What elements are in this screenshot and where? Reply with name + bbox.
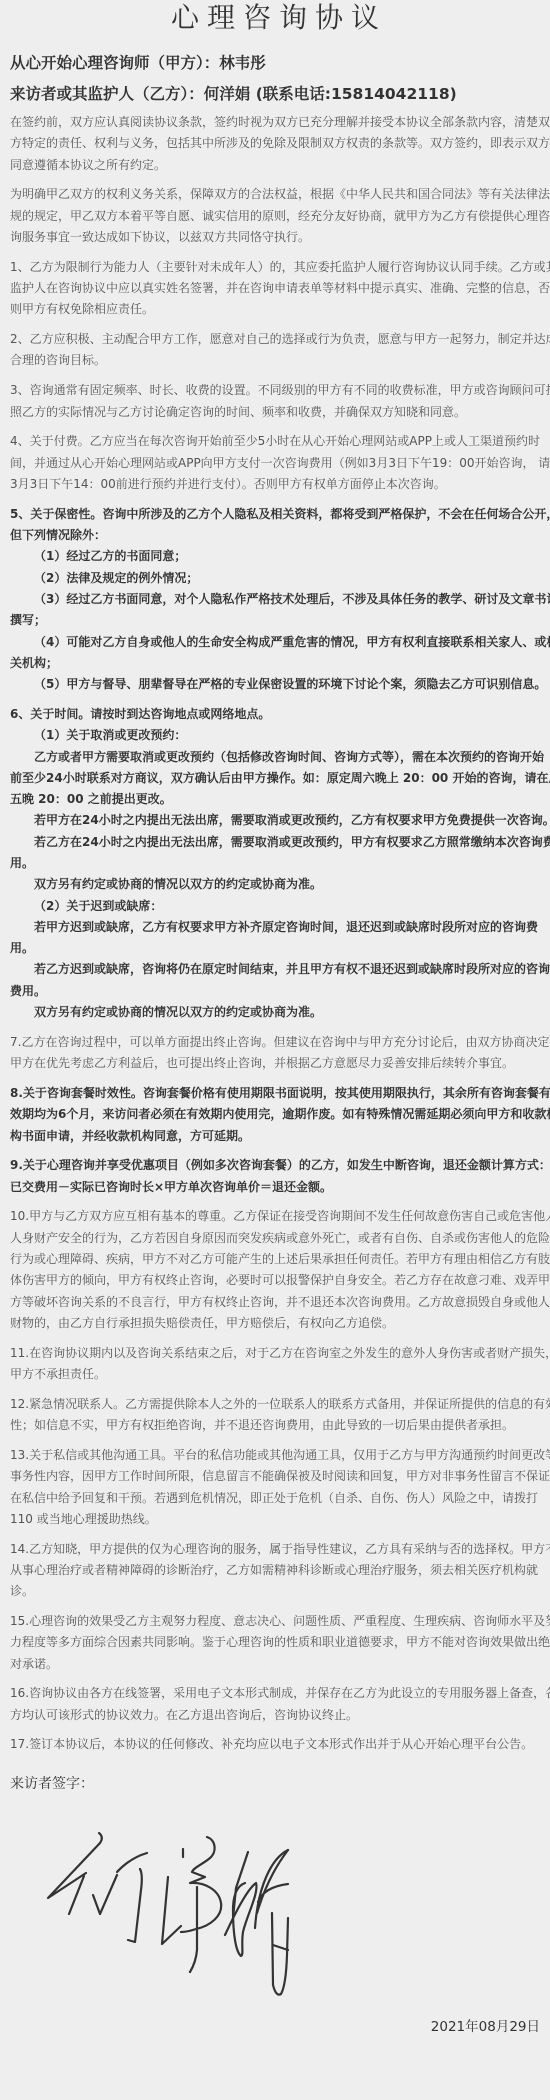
preamble-paragraph-2: 为明确甲乙双方的权利义务关系，保障双方的合法权益，根据《中华人民共和国合同法》等… [10, 184, 550, 248]
signature-stroke [162, 1877, 181, 1944]
text-line: 间，并通过从心开始心理网站或APP向甲方支付一次咨询费用（例如3月3日下午19：… [10, 453, 550, 474]
sub-heading: （1）关于取消或更改预约： [10, 725, 550, 746]
clause-15: 15.心理咨询的效果受乙方主观努力程度、意志决心、问题性质、严重程度、生理疾病、… [10, 1611, 550, 1675]
party-b-contact: (联系电话:15814042118) [256, 85, 457, 103]
text-line: 110 或当地心理援助热线。 [10, 1509, 550, 1530]
text-line: 8.关于咨询套餐时效性。咨询套餐价格有使用期限书面说明，按其使用期限执行，其余所… [10, 1083, 550, 1104]
signature-stroke [117, 1853, 147, 1872]
text-line: 在签约前，双方应认真阅读协议条款，签约时视为双方已充分理解并接受本协议全部条款内… [10, 112, 550, 133]
party-b-line: 来访者或其监护人（乙方）：何洋娟 (联系电话:15814042118) [0, 79, 550, 110]
clause-4: 4、关于付费。乙方应当在每次咨询开始前至少5小时在从心开始心理网站或APP上或人… [10, 431, 550, 495]
text-line: 合理的咨询目标。 [10, 350, 550, 371]
text-line: 效期均为6个月，来访问者必须在有效期内使用完，逾期作废。如有特殊情况需延期必须向… [10, 1104, 550, 1125]
clause-6-time: 6、关于时间。请按时到达咨询地点或网络地点。 （1）关于取消或更改预约： 乙方或… [10, 704, 550, 1023]
text-line: 规的规定，甲乙双方本着平等自愿、诚实信用的原则，经充分友好协商，就甲方为乙方有偿… [10, 206, 550, 227]
text-line: 双方另有约定或协商的情况以双方的约定或协商为准。 [10, 874, 550, 895]
text-line: 对承诺。 [10, 1654, 550, 1675]
text-line: 15.心理咨询的效果受乙方主观努力程度、意志决心、问题性质、严重程度、生理疾病、… [10, 1611, 550, 1632]
party-a-label: 从心开始心理咨询师（甲方）： [10, 54, 219, 72]
party-a-name: 林韦彤 [219, 54, 266, 72]
text-line: 关机构； [10, 653, 550, 674]
signature-stroke [272, 1913, 288, 1995]
clause-17: 17.签订本协议后，本协议的任何修改、补充均应以电子文本形式作出并于从心开始心理… [10, 1734, 550, 1755]
text-line: 7.乙方在咨询过程中，可以单方面提出终止咨询。但建议在咨询中与甲方充分讨论后，由… [10, 1032, 550, 1053]
text-line: 甲方在优先考虑乙方利益后，也可提出终止咨询，并根据乙方意愿尽力妥善安排后续转介事… [10, 1053, 550, 1074]
signing-date: 2021年08月29日 [431, 2017, 540, 2037]
text-line: 诊。 [10, 1581, 550, 1602]
clause-14: 14.乙方知晓，甲方提供的仅为心理咨询的服务，属于指导性建议，乙方具有采纳与否的… [10, 1539, 550, 1603]
text-line: 监护人在咨询协议中应以真实姓名签署，并在咨询申请表单等材料中提示真实、准确、完整… [10, 278, 550, 299]
text-line: 费用。 [10, 981, 550, 1002]
text-line: 14.乙方知晓，甲方提供的仅为心理咨询的服务，属于指导性建议，乙方具有采纳与否的… [10, 1539, 550, 1560]
text-line: 5、关于保密性。咨询中所涉及的乙方个人隐私及相关资料，都将受到严格保护，不会在任… [10, 504, 550, 525]
clause-12: 12.紧急情况联系人。乙方需提供除本人之外的一位联系人的联系方式备用，并保证所提… [10, 1394, 550, 1437]
agreement-body: 在签约前，双方应认真阅读协议条款，签约时视为双方已充分理解并接受本协议全部条款内… [0, 112, 550, 1756]
text-line: 五晚 20：00 之前提出更改。 [10, 789, 550, 810]
text-line: 乙方或者甲方需要取消或更改预约（包括修改咨询时间、咨询方式等），需在本次预约的咨… [10, 747, 550, 768]
text-line: 4、关于付费。乙方应当在每次咨询开始前至少5小时在从心开始心理网站或APP上或人… [10, 431, 550, 452]
signature-stroke [128, 1869, 142, 1942]
signature-label: 来访者签字： [10, 1774, 94, 1794]
text-line: 体伤害甲方的倾向，甲方有权终止咨询，必要时可以报警保护自身安全。若乙方存在故意刁… [10, 1270, 550, 1291]
text-line: 性；如信息不实，甲方有权拒绝咨询，并不退还咨询费用，由此导致的一切后果由提供者承… [10, 1415, 550, 1436]
signature-stroke [257, 1850, 288, 1913]
page-title: 心理咨询协议 [0, 0, 550, 35]
signature-stroke [225, 1883, 256, 1956]
text-line: 若甲方迟到或缺席，乙方有权要求甲方补齐原定咨询时间，退还迟到或缺席时段所对应的咨… [10, 917, 550, 938]
text-line: 力程度等多方面综合因素共同影响。鉴于心理咨询的性质和职业道德要求，甲方不能对咨询… [10, 1632, 550, 1653]
clause-13: 13.关于私信或其他沟通工具。平台的私信功能或其他沟通工具，仅用于乙方与甲方沟通… [10, 1445, 550, 1530]
text-line: 照乙方的实际情况与乙方讨论确定咨询的时间、频率和收费，并确保双方知晓和同意。 [10, 402, 550, 423]
text-line: 方均认可该形式的协议效力。在乙方退出咨询后，咨询协议终止。 [10, 1705, 550, 1726]
text-line: 撰写； [10, 610, 550, 631]
sub-item: （2）法律及规定的例外情况； [10, 568, 550, 589]
signature-stroke [181, 1837, 221, 1932]
clause-5-confidentiality: 5、关于保密性。咨询中所涉及的乙方个人隐私及相关资料，都将受到严格保护，不会在任… [10, 504, 550, 696]
text-line: 11.在咨询协议期内以及咨询关系结束之后，对于乙方在咨询室之外发生的意外人身伤害… [10, 1343, 550, 1364]
text-line: 从事心理治疗或者精神障碍的诊断治疗，乙方如需精神科诊断或心理治疗服务，须去相关医… [10, 1560, 550, 1581]
text-line: 人身财产安全的行为，乙方若因自身原因而突发疾病或意外死亡，或者有自伤、自杀或伤害… [10, 1228, 550, 1249]
agreement-page: 心理咨询协议 从心开始心理咨询师（甲方）：林韦彤 来访者或其监护人（乙方）：何洋… [0, 0, 550, 2100]
sub-item: （1）经过乙方的书面同意； [10, 546, 550, 567]
signature-stroke [48, 1833, 102, 1898]
text-line: 询服务事宜一致达成如下协议，以兹双方共同恪守执行。 [10, 227, 550, 248]
text-line: 甲方不承担责任。 [10, 1364, 550, 1385]
text-line: 12.紧急情况联系人。乙方需提供除本人之外的一位联系人的联系方式备用，并保证所提… [10, 1394, 550, 1415]
text-line: 2、乙方应积极、主动配合甲方工作，愿意对自己的选择或行为负责，愿意与甲方一起努力… [10, 329, 550, 350]
text-line: 双方另有约定或协商的情况以双方的约定或协商为准。 [10, 1002, 550, 1023]
text-line: 9.关于心理咨询并享受优惠项目（例如多次咨询套餐）的乙方，如发生中断咨询，退还金… [10, 1155, 550, 1176]
text-line: 已交费用－实际已咨询时长×甲方单次咨询单价＝退还金额。 [10, 1177, 550, 1198]
text-line: 13.关于私信或其他沟通工具。平台的私信功能或其他沟通工具，仅用于乙方与甲方沟通… [10, 1445, 550, 1466]
text-line: 17.签订本协议后，本协议的任何修改、补充均应以电子文本形式作出并于从心开始心理… [10, 1734, 550, 1755]
signature-stroke [273, 1945, 288, 1950]
text-line: 方等破坏咨询关系的不良言行，甲方有权终止咨询，并不退还本次咨询费用。乙方故意损毁… [10, 1292, 550, 1313]
handwritten-signature-image [0, 1820, 300, 2010]
text-line: 用。 [10, 853, 550, 874]
clause-16: 16.咨询协议由各方在线签署，采用电子文本形式制成，并保存在乙方为此设立的专用服… [10, 1683, 550, 1726]
text-line: 构书面申请，并经收款机构同意，方可延期。 [10, 1126, 550, 1147]
text-line: 16.咨询协议由各方在线签署，采用电子文本形式制成，并保存在乙方为此设立的专用服… [10, 1683, 550, 1704]
text-line: 3、咨询通常有固定频率、时长、收费的设置。不同级别的甲方有不同的收费标准，甲方或… [10, 380, 550, 401]
clause-11: 11.在咨询协议期内以及咨询关系结束之后，对于乙方在咨询室之外发生的意外人身伤害… [10, 1343, 550, 1386]
sub-item: （5）甲方与督导、朋辈督导在严格的专业保密设置的环境下讨论个案，须隐去乙方可识别… [10, 674, 550, 695]
text-line: 若甲方在24小时之内提出无法出席，需要取消或更改预约，乙方有权要求甲方免费提供一… [10, 810, 550, 831]
sub-item: （4）可能对乙方自身或他人的生命安全构成严重危害的情况，甲方有权利直接联系相关家… [10, 632, 550, 653]
text-line: 则甲方有权免除相应责任。 [10, 299, 550, 320]
text-line: 在私信中给予回复和干预。若遇到危机情况，即正处于危机（自杀、自伤、伤人）风险之中… [10, 1488, 550, 1509]
clause-9-refund: 9.关于心理咨询并享受优惠项目（例如多次咨询套餐）的乙方，如发生中断咨询，退还金… [10, 1155, 550, 1198]
text-line: 同意遵循本协议之所有约定。 [10, 155, 550, 176]
text-line: 但下列情况除外： [10, 525, 550, 546]
party-b-label: 来访者或其监护人（乙方）： [10, 85, 204, 103]
clause-3: 3、咨询通常有固定频率、时长、收费的设置。不同级别的甲方有不同的收费标准，甲方或… [10, 380, 550, 423]
text-line: 3月3日下午14：00前进行预约并进行支付）。否则甲方有权单方面停止本次咨询。 [10, 474, 550, 495]
text-line: 行为或心理障碍、疾病，甲方不对乙方可能产生的上述后果承担任何责任。若甲方有理由相… [10, 1249, 550, 1270]
clause-2: 2、乙方应积极、主动配合甲方工作，愿意对自己的选择或行为负责，愿意与甲方一起努力… [10, 329, 550, 372]
text-line: 1、乙方为限制行为能力人（主要针对未成年人）的，其应委托监护人履行咨询协议认同手… [10, 257, 550, 278]
party-a-line: 从心开始心理咨询师（甲方）：林韦彤 [0, 48, 550, 79]
sub-item: （3）经过乙方书面同意，对个人隐私作严格技术处理后，不涉及具体任务的教学、研讨及… [10, 589, 550, 610]
text-line: 6、关于时间。请按时到达咨询地点或网络地点。 [10, 704, 550, 725]
text-line: 前至少24小时联系对方商议，双方确认后由甲方操作。如：原定周六晚上 20：00 … [10, 768, 550, 789]
agreement-header: 心理咨询协议 从心开始心理咨询师（甲方）：林韦彤 来访者或其监护人（乙方）：何洋… [0, 0, 550, 110]
signature-stroke [93, 1875, 117, 1914]
text-line: 10.甲方与乙方双方应互相有基本的尊重。乙方保证在接受咨询期间不发生任何故意伤害… [10, 1206, 550, 1227]
text-line: 方特定的责任、权利与义务，包括其中所涉及的免除及限制双方权责的条款等。双方签约，… [10, 133, 550, 154]
party-b-name: 何洋娟 [204, 85, 251, 103]
clause-8-package-validity: 8.关于咨询套餐时效性。咨询套餐价格有使用期限书面说明，按其使用期限执行，其余所… [10, 1083, 550, 1147]
text-line: 事务性内容，因甲方工作时间所限，信息留言不能确保被及时阅读和回复，甲方对非事务性… [10, 1466, 550, 1487]
text-line: 财物的，由乙方自行承担损失赔偿责任，甲方赔偿后，有权向乙方追偿。 [10, 1313, 550, 1334]
sub-heading: （2）关于迟到或缺席： [10, 896, 550, 917]
text-line: 若乙方迟到或缺席，咨询将仍在原定时间结束，并且甲方有权不退还迟到或缺席时段所对应… [10, 959, 550, 980]
text-line: 若乙方在24小时之内提出无法出席，需要取消或更改预约，甲方有权要求乙方照常缴纳本… [10, 832, 550, 853]
clause-10: 10.甲方与乙方双方应互相有基本的尊重。乙方保证在接受咨询期间不发生任何故意伤害… [10, 1206, 550, 1334]
preamble-paragraph-1: 在签约前，双方应认真阅读协议条款，签约时视为双方已充分理解并接受本协议全部条款内… [10, 112, 550, 176]
text-line: 为明确甲乙双方的权利义务关系，保障双方的合法权益，根据《中华人民共和国合同法》等… [10, 184, 550, 205]
clause-1: 1、乙方为限制行为能力人（主要针对未成年人）的，其应委托监护人履行咨询协议认同手… [10, 257, 550, 321]
clause-7: 7.乙方在咨询过程中，可以单方面提出终止咨询。但建议在咨询中与甲方充分讨论后，由… [10, 1032, 550, 1075]
text-line: 用。 [10, 938, 550, 959]
